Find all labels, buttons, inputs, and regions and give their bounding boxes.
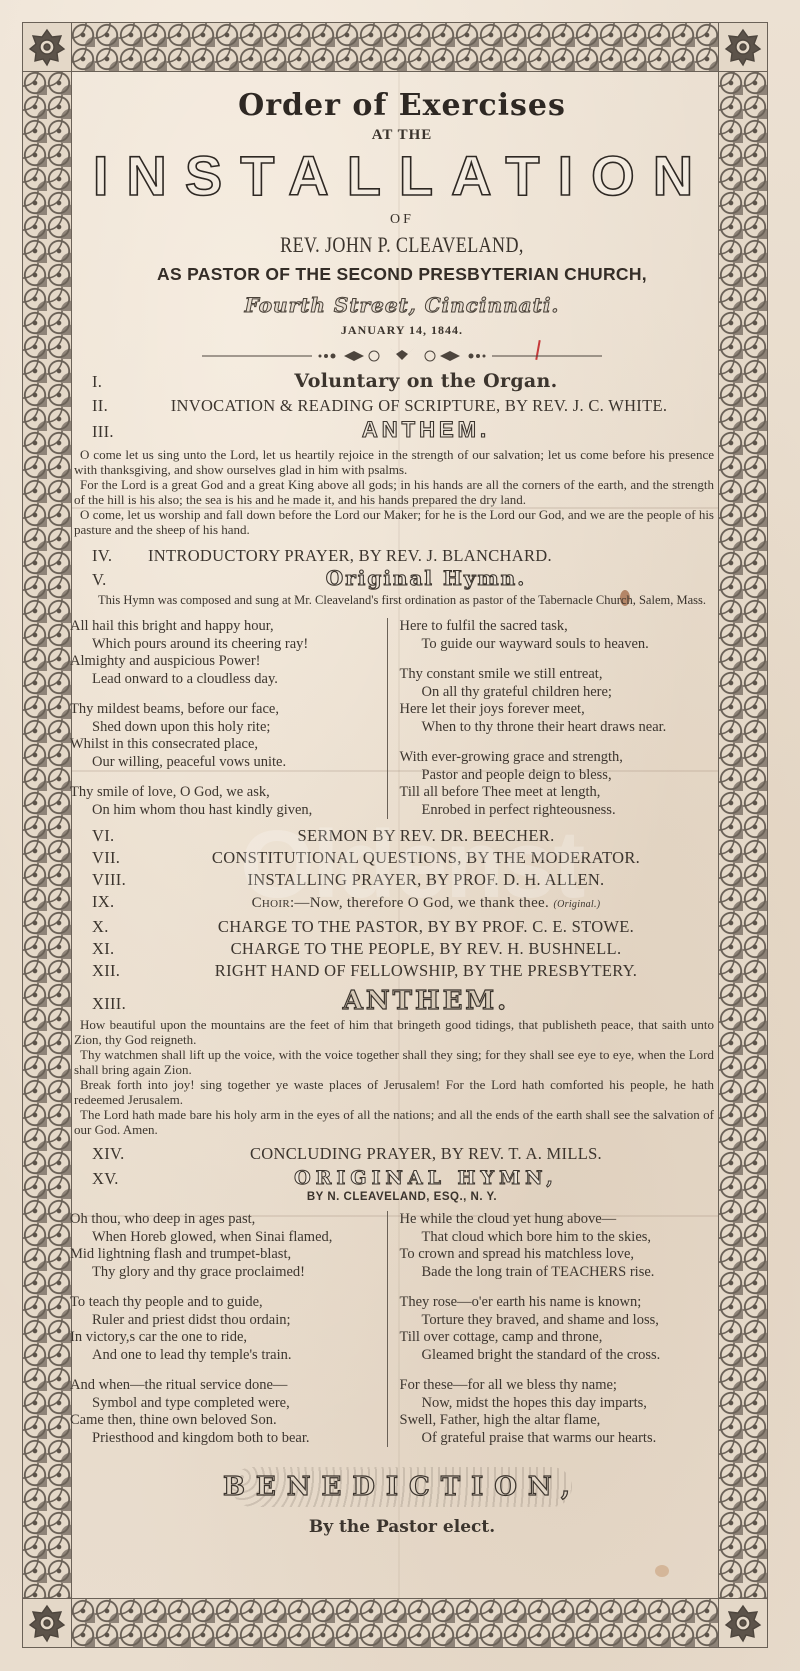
program-item-4: IV. INTRODUCTORY PRAYER, BY REV. J. BLAN… [92,545,712,567]
verse-line: They rose—o'er earth his name is known; [400,1294,717,1312]
program-item-9: IX. Choir:—Now, therefore O God, we than… [92,891,712,916]
item-number: VI. [92,825,140,847]
item-text: CHARGE TO THE PASTOR, BY BY PROF. C. E. … [140,916,712,938]
verse-line: To teach thy people and to guide, [70,1294,387,1312]
item-text: Original Hymn. [140,567,712,589]
verse-line: To crown and spread his matchless love, [400,1246,717,1264]
verse-line: Till all before Thee meet at length, [400,784,717,802]
anthem-verse: O come, let us worship and fall down bef… [74,507,714,537]
hymn-column-right: He while the cloud yet hung above— That … [387,1211,717,1447]
verse-line: Now, midst the hopes this day imparts, [400,1395,717,1413]
item-number: XII. [92,960,140,982]
hymn-column-left: Oh thou, who deep in ages past, When Hor… [70,1211,387,1447]
anthem-verse: O come let us sing unto the Lord, let us… [74,447,714,477]
item-number: XIV. [92,1143,140,1165]
program-item-7: VII. CONSTITUTIONAL QUESTIONS, BY THE MO… [92,847,712,869]
hymn-1: All hail this bright and happy hour, Whi… [70,618,716,819]
choir-note: (Original.) [554,899,601,910]
stanza: Here to fulfil the sacred task, To guide… [400,618,717,653]
anthem-verse: How beautiful upon the mountains are the… [74,1017,714,1047]
stanza: To teach thy people and to guide, Ruler … [70,1294,387,1364]
verse-line: He while the cloud yet hung above— [400,1211,717,1229]
role-line: AS PASTOR OF THE SECOND PRESBYTERIAN CHU… [62,264,742,285]
stanza: Thy smile of love, O God, we ask, On him… [70,784,387,819]
ornamental-separator [92,346,712,362]
item-number: V. [92,569,140,591]
benediction-banner: BENEDICTION, [232,1467,572,1507]
verse-line: In victory,s car the one to ride, [70,1329,387,1347]
verse-line: Of grateful praise that warms our hearts… [400,1430,717,1448]
verse-line: Here to fulfil the sacred task, [400,618,717,636]
item-text: CHARGE TO THE PEOPLE, BY REV. H. BUSHNEL… [140,938,712,960]
program-item-15: XV. ORIGINAL HYMN, [92,1167,712,1190]
of-label: OF [92,212,712,228]
verse-line: Oh thou, who deep in ages past, [70,1211,387,1229]
verse-line: Mid lightning flash and trumpet-blast, [70,1246,387,1264]
verse-line: Enrobed in perfect righteousness. [400,802,717,820]
item-number: XIII. [92,993,140,1015]
verse-line: Shed down upon this holy rite; [70,719,387,737]
verse-line: Swell, Father, high the altar flame, [400,1412,717,1430]
verse-line: Till over cottage, camp and throne, [400,1329,717,1347]
verse-line: When Horeb glowed, when Sinai flamed, [70,1229,387,1247]
ornamental-border-top [22,22,768,72]
verse-line: Ruler and priest didst thou ordain; [70,1312,387,1330]
verse-line: Priesthood and kingdom both to bear. [70,1430,387,1448]
item-text: Choir:—Now, therefore O God, we thank th… [140,891,712,916]
main-title: INSTALLATION [62,146,742,206]
verse-line: Whilst in this consecrated place, [70,736,387,754]
item-number: III. [92,421,140,443]
hymn-2: Oh thou, who deep in ages past, When Hor… [70,1211,716,1447]
verse-line: To guide our wayward souls to heaven. [400,636,717,654]
program-list-middle: VI. SERMON BY REV. DR. BEECHER. VII. CON… [92,825,712,1015]
item-number: X. [92,916,140,938]
verse-line: Here let their joys forever meet, [400,701,717,719]
item-text: CONSTITUTIONAL QUESTIONS, BY THE MODERAT… [140,847,712,869]
benediction-title: BENEDICTION, [223,1472,581,1502]
verse-line: Bade the long train of TEACHERS rise. [400,1264,717,1282]
verse-line: All hail this bright and happy hour, [70,618,387,636]
ornamental-border-bottom [22,1598,768,1648]
verse-line: On him whom thou hast kindly given, [70,802,387,820]
stanza: For these—for all we bless thy name; Now… [400,1377,717,1447]
item-number: I. [92,371,140,393]
choir-label: Choir [252,895,290,911]
verse-line: Our willing, peaceful vows unite. [70,754,387,772]
verse-line: Thy glory and thy grace proclaimed! [70,1264,387,1282]
verse-line: Pastor and people deign to bless, [400,767,717,785]
verse-line: Came then, thine own beloved Son. [70,1412,387,1430]
program-item-3: III. ANTHEM. [92,419,712,443]
item-number: XI. [92,938,140,960]
item-text: INVOCATION & READING OF SCRIPTURE, BY RE… [126,395,712,417]
item-text: ANTHEM. [140,419,712,441]
rosette-corner-icon [718,22,768,72]
item-text: INSTALLING PRAYER, BY PROF. D. H. ALLEN. [140,869,712,891]
anthem-verse: Thy watchmen shall lift up the voice, wi… [74,1047,714,1077]
program-item-12: XII. RIGHT HAND OF FELLOWSHIP, BY THE PR… [92,960,712,982]
item-text: ANTHEM. [140,990,712,1012]
program-item-1: I. Voluntary on the Organ. [92,370,712,393]
item-number: VII. [92,847,140,869]
verse-line: On all thy grateful children here; [400,684,717,702]
verse-line: And one to lead thy temple's train. [70,1347,387,1365]
verse-line: Gleamed bright the standard of the cross… [400,1347,717,1365]
hymn-note: This Hymn was composed and sung at Mr. C… [92,593,712,608]
stanza: Thy mildest beams, before our face, Shed… [70,701,387,771]
item-text: RIGHT HAND OF FELLOWSHIP, BY THE PRESBYT… [140,960,712,982]
verse-line: That cloud which bore him to the skies, [400,1229,717,1247]
honoree-name: REV. JOHN P. CLEAVELAND, [148,232,656,258]
item-number: IV. [92,545,140,567]
verse-line: Thy smile of love, O God, we ask, [70,784,387,802]
verse-line: Lead onward to a cloudless day. [70,671,387,689]
stanza: With ever-growing grace and strength, Pa… [400,749,717,819]
verse-line: Torture they braved, and shame and loss, [400,1312,717,1330]
hymn-2-byline: BY N. CLEAVELAND, ESQ., N. Y. [92,1191,712,1203]
item-text: INTRODUCTORY PRAYER, BY REV. J. BLANCHAR… [140,545,712,567]
item-text: ORIGINAL HYMN, [140,1167,712,1189]
event-date: JANUARY 14, 1844. [92,323,712,338]
program-item-6: VI. SERMON BY REV. DR. BEECHER. [92,825,712,847]
hymn-column-right: Here to fulfil the sacred task, To guide… [387,618,717,819]
stanza: Oh thou, who deep in ages past, When Hor… [70,1211,387,1281]
anthem-verse: The Lord hath made bare his holy arm in … [74,1107,714,1137]
location-line: Fourth Street, Cincinnati. [92,293,712,317]
item-number: VIII. [92,869,140,891]
verse-line: When to thy throne their heart draws nea… [400,719,717,737]
anthem-2-text: How beautiful upon the mountains are the… [74,1017,714,1137]
item-text: Voluntary on the Organ. [140,370,712,392]
choir-text: :—Now, therefore O God, we thank thee. [290,895,549,911]
stanza: They rose—o'er earth his name is known; … [400,1294,717,1364]
stanza: All hail this bright and happy hour, Whi… [70,618,387,688]
program-item-2: II. INVOCATION & READING OF SCRIPTURE, B… [92,395,712,417]
benediction-by: By the Pastor elect. [92,1517,712,1537]
hymn-column-left: All hail this bright and happy hour, Whi… [70,618,387,819]
rosette-corner-icon [22,1598,72,1648]
verse-line: Thy constant smile we still entreat, [400,666,717,684]
program-item-8: VIII. INSTALLING PRAYER, BY PROF. D. H. … [92,869,712,891]
program-item-14: XIV. CONCLUDING PRAYER, BY REV. T. A. MI… [92,1143,712,1165]
verse-line: For these—for all we bless thy name; [400,1377,717,1395]
flourish-divider-icon [202,346,602,362]
verse-line: Thy mildest beams, before our face, [70,701,387,719]
document-title: Order of Exercises [92,88,712,123]
program-content: Order of Exercises AT THE INSTALLATION O… [92,80,712,1537]
stanza: And when—the ritual service done— Symbol… [70,1377,387,1447]
item-number: IX. [92,891,140,913]
stanza: He while the cloud yet hung above— That … [400,1211,717,1281]
program-item-11: XI. CHARGE TO THE PEOPLE, BY REV. H. BUS… [92,938,712,960]
verse-line: With ever-growing grace and strength, [400,749,717,767]
rosette-corner-icon [22,22,72,72]
verse-line: Symbol and type completed were, [70,1395,387,1413]
at-the-label: AT THE [92,127,712,144]
program-item-5: V. Original Hymn. [92,567,712,591]
anthem-verse: Break forth into joy! sing together ye w… [74,1077,714,1107]
program-list: I. Voluntary on the Organ. II. INVOCATIO… [92,370,712,1537]
anthem-verse: For the Lord is a great God and a great … [74,477,714,507]
stain [655,1565,669,1577]
verse-line: And when—the ritual service done— [70,1377,387,1395]
item-text: SERMON BY REV. DR. BEECHER. [140,825,712,847]
rosette-corner-icon [718,1598,768,1648]
program-item-13: XIII. ANTHEM. [92,990,712,1015]
anthem-1-text: O come let us sing unto the Lord, let us… [74,447,714,537]
stanza: Thy constant smile we still entreat, On … [400,666,717,736]
item-text: CONCLUDING PRAYER, BY REV. T. A. MILLS. [140,1143,712,1165]
verse-line: Which pours around its cheering ray! [70,636,387,654]
program-item-10: X. CHARGE TO THE PASTOR, BY BY PROF. C. … [92,916,712,938]
verse-line: Almighty and auspicious Power! [70,653,387,671]
item-number: XV. [92,1168,140,1190]
